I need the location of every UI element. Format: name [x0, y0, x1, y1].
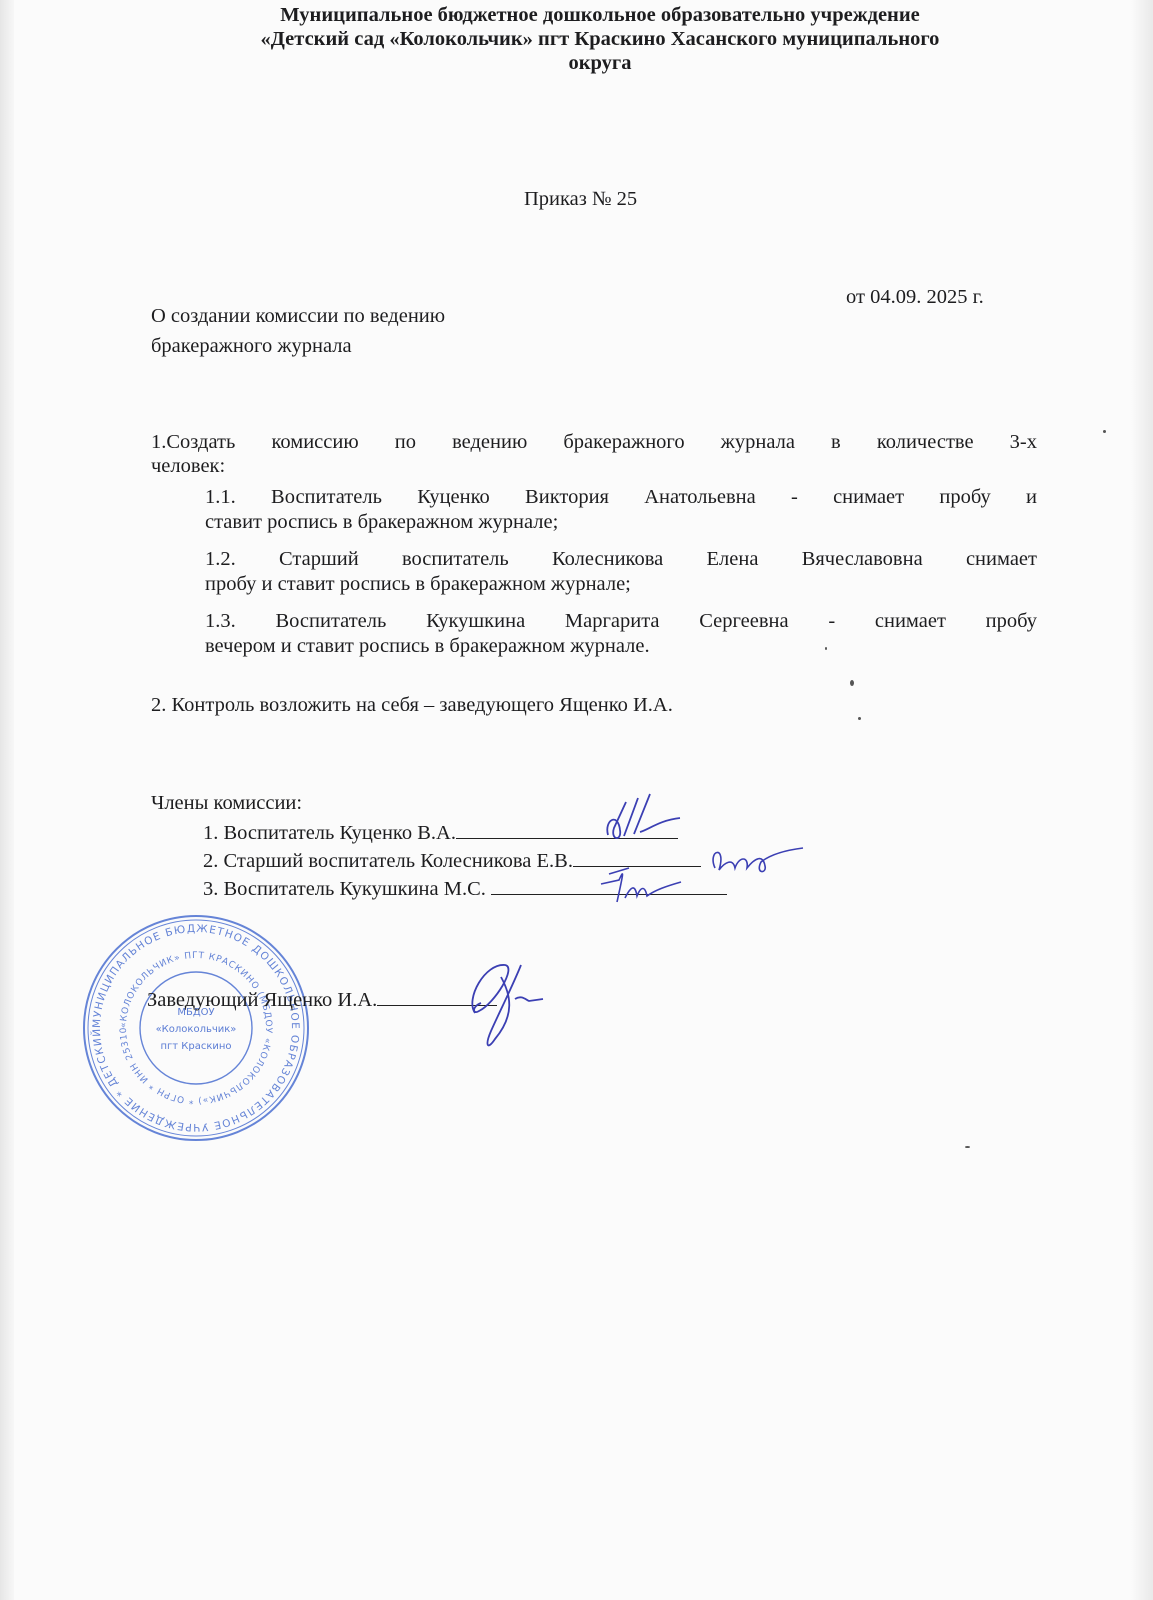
signature-kolesnikova [705, 840, 805, 880]
scan-speck [858, 717, 861, 720]
member-label: 3. Воспитатель Кукушкина М.С. [203, 878, 491, 900]
scanned-document-page: Муниципальное бюджетное дошкольное образ… [0, 0, 1153, 1600]
institution-name-line-2: «Детский сад «Колокольчик» пгт Краскино … [150, 27, 1050, 51]
item-1-line-2: человек: [151, 454, 225, 478]
signature-kutsenko [600, 790, 720, 850]
institution-name-line-1: Муниципальное бюджетное дошкольное образ… [150, 3, 1050, 27]
order-date: от 04.09. 2025 г. [846, 285, 984, 309]
scan-speck [825, 647, 827, 650]
order-subject-line-1: О создании комиссии по ведению [151, 304, 445, 328]
scan-speck [1103, 430, 1106, 433]
item-1-line-1: 1.Создать комиссию по ведению бракеражно… [151, 430, 1037, 454]
member-label: 1. Воспитатель Куценко В.А. [203, 822, 456, 844]
svg-text:«Колокольчик»: «Колокольчик» [156, 1024, 237, 1035]
item-1-1-line-2: ставит роспись в бракеражном журнале; [205, 510, 558, 534]
signature-kukushkina [595, 862, 685, 906]
item-1-3-line-2: вечером и ставит роспись в бракеражном ж… [205, 634, 650, 658]
item-1-1-line-1: 1.1. Воспитатель Куценко Виктория Анатол… [205, 485, 1037, 509]
order-title: Приказ № 25 [524, 187, 637, 211]
order-subject-line-2: бракеражного журнала [151, 334, 352, 358]
signature-yashchenko [455, 955, 565, 1065]
scan-shadow-right [1131, 0, 1153, 1600]
item-1-2-line-1: 1.2. Старший воспитатель Колесникова Еле… [205, 547, 1037, 571]
institution-name-line-3: округа [150, 51, 1050, 75]
item-2: 2. Контроль возложить на себя – заведующ… [151, 693, 673, 717]
scan-speck [850, 680, 854, 686]
member-label: 2. Старший воспитатель Колесникова Е.В. [203, 850, 573, 872]
svg-text:пгт Краскино: пгт Краскино [160, 1041, 231, 1052]
members-heading: Члены комиссии: [151, 791, 302, 815]
head-signature-row: Заведующий Ященко И.А. [147, 987, 497, 1012]
scan-speck [965, 1146, 970, 1148]
item-1-2-line-2: пробу и ставит роспись в бракеражном жур… [205, 572, 631, 596]
head-label: Заведующий Ященко И.А. [147, 989, 377, 1011]
item-1-3-line-1: 1.3. Воспитатель Кукушкина Маргарита Сер… [205, 609, 1037, 633]
scan-shadow-left [0, 0, 14, 1600]
official-stamp: МУНИЦИПАЛЬНОЕ БЮДЖЕТНОЕ ДОШКОЛЬНОЕ ОБРАЗ… [80, 912, 312, 1144]
